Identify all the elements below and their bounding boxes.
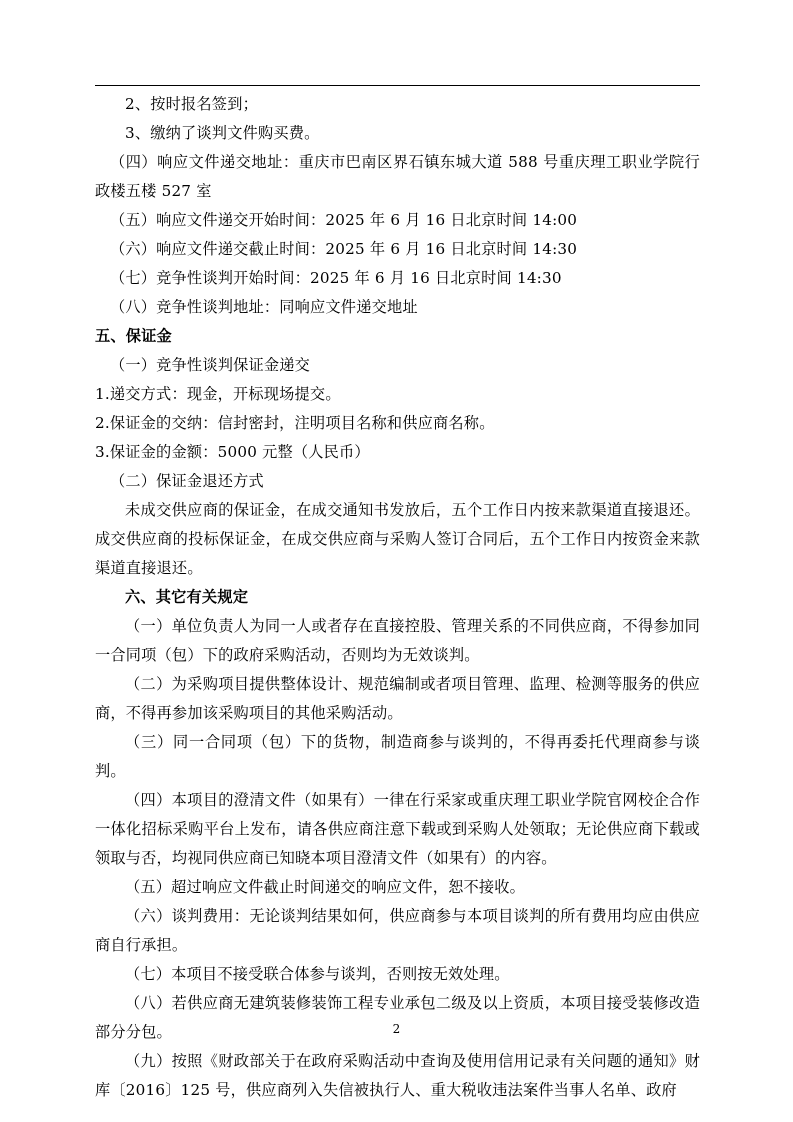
section-heading: 五、保证金 (95, 322, 700, 351)
paragraph: 3.保证金的金额：5000 元整（人民币） (95, 438, 700, 467)
section-heading: 六、其它有关规定 (95, 583, 700, 612)
document-body: 2、按时报名签到； 3、缴纳了谈判文件购买费。 （四）响应文件递交地址：重庆市巴… (95, 90, 700, 1105)
paragraph: 3、缴纳了谈判文件购买费。 (95, 119, 700, 148)
paragraph: 未成交供应商的保证金，在成交通知书发放后，五个工作日内按来款渠道直接退还。成交供… (95, 496, 700, 583)
paragraph: 2、按时报名签到； (95, 90, 700, 119)
paragraph: （四）本项目的澄清文件（如果有）一律在行采家或重庆理工职业学院官网校企合作一体化… (95, 786, 700, 873)
paragraph: （六）谈判费用：无论谈判结果如何，供应商参与本项目谈判的所有费用均应由供应商自行… (95, 902, 700, 960)
paragraph: （二）为采购项目提供整体设计、规范编制或者项目管理、监理、检测等服务的供应商，不… (95, 670, 700, 728)
paragraph: （一）单位负责人为同一人或者存在直接控股、管理关系的不同供应商，不得参加同一合同… (95, 612, 700, 670)
paragraph: （一）竞争性谈判保证金递交 (95, 351, 700, 380)
paragraph: （四）响应文件递交地址：重庆市巴南区界石镇东城大道 588 号重庆理工职业学院行… (95, 148, 700, 206)
paragraph: （二）保证金退还方式 (95, 467, 700, 496)
paragraph: 1.递交方式：现金，开标现场提交。 (95, 380, 700, 409)
paragraph: （八）若供应商无建筑装修装饰工程专业承包二级及以上资质，本项目接受装修改造部分分… (95, 989, 700, 1047)
paragraph: （七）竞争性谈判开始时间：2025 年 6 月 16 日北京时间 14:30 (95, 264, 700, 293)
paragraph: （五）响应文件递交开始时间：2025 年 6 月 16 日北京时间 14:00 (95, 206, 700, 235)
paragraph: （五）超过响应文件截止时间递交的响应文件，恕不接收。 (95, 873, 700, 902)
paragraph: 2.保证金的交纳：信封密封，注明项目名称和供应商名称。 (95, 409, 700, 438)
paragraph: （六）响应文件递交截止时间：2025 年 6 月 16 日北京时间 14:30 (95, 235, 700, 264)
paragraph: （七）本项目不接受联合体参与谈判，否则按无效处理。 (95, 960, 700, 989)
paragraph: （九）按照《财政部关于在政府采购活动中查询及使用信用记录有关问题的通知》财库〔2… (95, 1047, 700, 1105)
paragraph: （八）竞争性谈判地址：同响应文件递交地址 (95, 293, 700, 322)
paragraph: （三）同一合同项（包）下的货物，制造商参与谈判的，不得再委托代理商参与谈判。 (95, 728, 700, 786)
page-number: 2 (0, 1022, 793, 1036)
header-rule (95, 85, 700, 86)
